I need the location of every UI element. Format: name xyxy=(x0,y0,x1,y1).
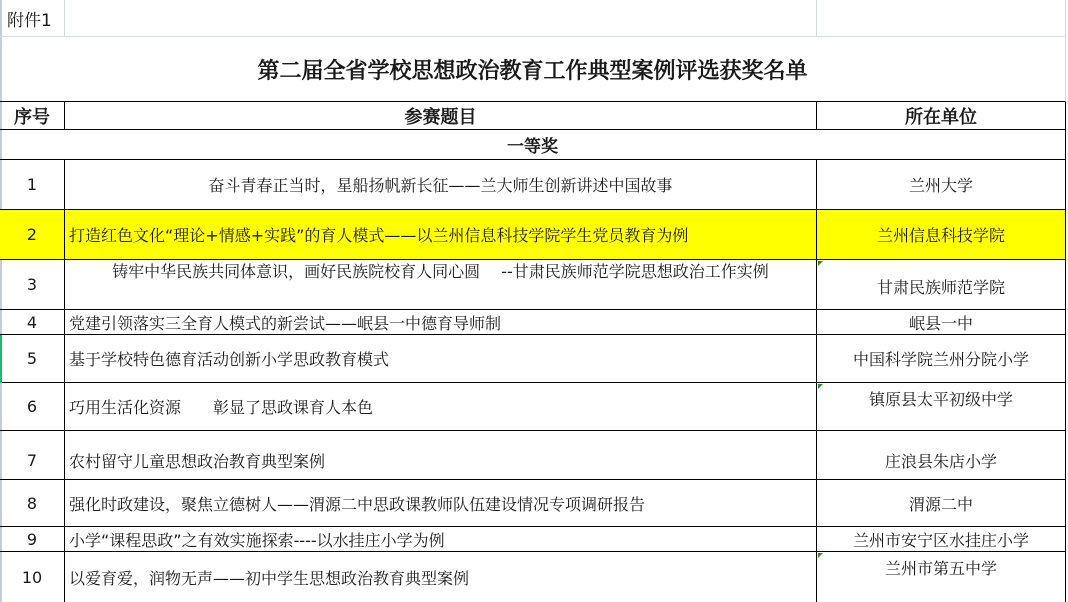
row-1-index[interactable]: 1 xyxy=(0,160,65,210)
row-10-topic[interactable]: 以爱育爱，润物无声——初中学生思想政治教育典型案例 xyxy=(65,552,817,602)
header-unit[interactable]: 所在单位 xyxy=(817,102,1066,130)
row-4-topic[interactable]: 党建引领落实三全育人模式的新尝试——岷县一中德育导师制 xyxy=(65,310,817,335)
row-4-unit[interactable]: 岷县一中 xyxy=(817,310,1066,335)
row-8-index[interactable]: 8 xyxy=(0,480,65,527)
row-3-index[interactable]: 3 xyxy=(0,260,65,310)
row-5-topic[interactable]: 基于学校特色德育活动创新小学思政教育模式 xyxy=(65,335,817,383)
row-7-index[interactable]: 7 xyxy=(0,431,65,480)
comment-indicator-icon xyxy=(818,261,823,266)
row-3-topic[interactable]: 铸牢中华民族共同体意识，画好民族院校育人同心圆 --甘肃民族师范学院思想政治工作… xyxy=(65,260,817,310)
row-8-unit[interactable]: 渭源二中 xyxy=(817,480,1066,527)
comment-indicator-icon xyxy=(818,553,823,558)
header-index[interactable]: 序号 xyxy=(0,102,65,130)
cell-attachment-label[interactable]: 附件1 xyxy=(0,0,65,37)
row-7-unit[interactable]: 庄浪县朱店小学 xyxy=(817,431,1066,480)
row-9-index[interactable]: 9 xyxy=(0,527,65,552)
row-10-unit[interactable]: 兰州市第五中学 xyxy=(817,552,1066,602)
row-5-unit[interactable]: 中国科学院兰州分院小学 xyxy=(817,335,1066,383)
row-6-index[interactable]: 6 xyxy=(0,383,65,431)
row-5-index[interactable]: 5 xyxy=(0,335,65,383)
row-2-index[interactable]: 2 xyxy=(0,210,65,260)
row-7-topic[interactable]: 农村留守儿童思想政治教育典型案例 xyxy=(65,431,817,480)
row-2-unit[interactable]: 兰州信息科技学院 xyxy=(817,210,1066,260)
row-9-unit[interactable]: 兰州市安宁区水挂庄小学 xyxy=(817,527,1066,552)
row-1-topic[interactable]: 奋斗青春正当时，星船扬帆新长征——兰大师生创新讲述中国故事 xyxy=(65,160,817,210)
header-topic[interactable]: 参赛题目 xyxy=(65,102,817,130)
sheet-title[interactable]: 第二届全省学校思想政治教育工作典型案例评选获奖名单 xyxy=(0,37,1066,102)
row-6-topic[interactable]: 巧用生活化资源 彰显了思政课育人本色 xyxy=(65,383,817,431)
comment-indicator-icon xyxy=(818,384,823,389)
row-4-index[interactable]: 4 xyxy=(0,310,65,335)
row-9-topic[interactable]: 小学“课程思政”之有效实施探索----以水挂庄小学为例 xyxy=(65,527,817,552)
row-2-topic[interactable]: 打造红色文化“理论+情感+实践”的育人模式——以兰州信息科技学院学生党员教育为例 xyxy=(65,210,817,260)
row-6-unit[interactable]: 镇原县太平初级中学 xyxy=(817,383,1066,431)
cell-empty-b1[interactable] xyxy=(65,0,817,37)
row-8-topic[interactable]: 强化时政建设，聚焦立德树人——渭源二中思政课教师队伍建设情况专项调研报告 xyxy=(65,480,817,527)
spreadsheet: 附件1 第二届全省学校思想政治教育工作典型案例评选获奖名单 序号 参赛题目 所在… xyxy=(0,0,1068,602)
cell-empty-c1[interactable] xyxy=(817,0,1066,37)
section-first-prize[interactable]: 一等奖 xyxy=(0,130,1066,160)
row-selection-marker xyxy=(0,335,2,383)
row-3-unit[interactable]: 甘肃民族师范学院 xyxy=(817,260,1066,310)
row-10-index[interactable]: 10 xyxy=(0,552,65,602)
row-1-unit[interactable]: 兰州大学 xyxy=(817,160,1066,210)
